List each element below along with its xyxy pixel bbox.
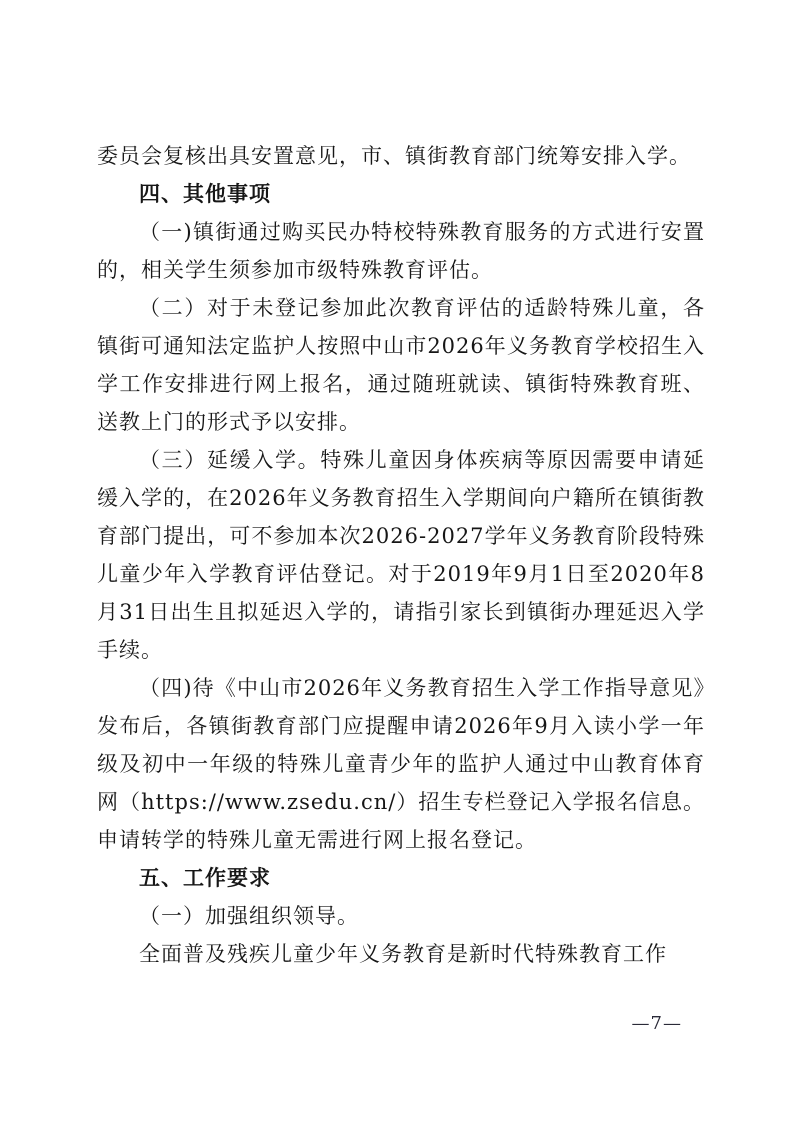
subheading-strengthen-leadership: （一）加强组织领导。 <box>97 897 705 935</box>
page-number: —7— <box>632 1012 682 1036</box>
paragraph-item-2: （二）对于未登记参加此次教育评估的适龄特殊儿童，各镇街可通知法定监护人按照中山市… <box>97 289 705 441</box>
section-heading-5-work-requirements: 五、工作要求 <box>97 859 705 897</box>
paragraph-item-3: （三）延缓入学。特殊儿童因身体疾病等原因需要申请延缓入学的，在2026年义务教育… <box>97 441 705 669</box>
section-heading-4-other-matters: 四、其他事项 <box>97 175 705 213</box>
paragraph-item-4: （四)待《中山市2026年义务教育招生入学工作指导意见》发布后，各镇街教育部门应… <box>97 669 705 859</box>
paragraph-item-1: （一)镇街通过购买民办特校特殊教育服务的方式进行安置的，相关学生须参加市级特殊教… <box>97 213 705 289</box>
paragraph-final: 全面普及残疾儿童少年义务教育是新时代特殊教育工作 <box>97 935 705 973</box>
document-body: 委员会复核出具安置意见，市、镇街教育部门统筹安排入学。 四、其他事项 （一)镇街… <box>97 137 705 973</box>
document-page: 委员会复核出具安置意见，市、镇街教育部门统筹安排入学。 四、其他事项 （一)镇街… <box>0 0 800 1131</box>
paragraph-continuation: 委员会复核出具安置意见，市、镇街教育部门统筹安排入学。 <box>97 137 705 175</box>
